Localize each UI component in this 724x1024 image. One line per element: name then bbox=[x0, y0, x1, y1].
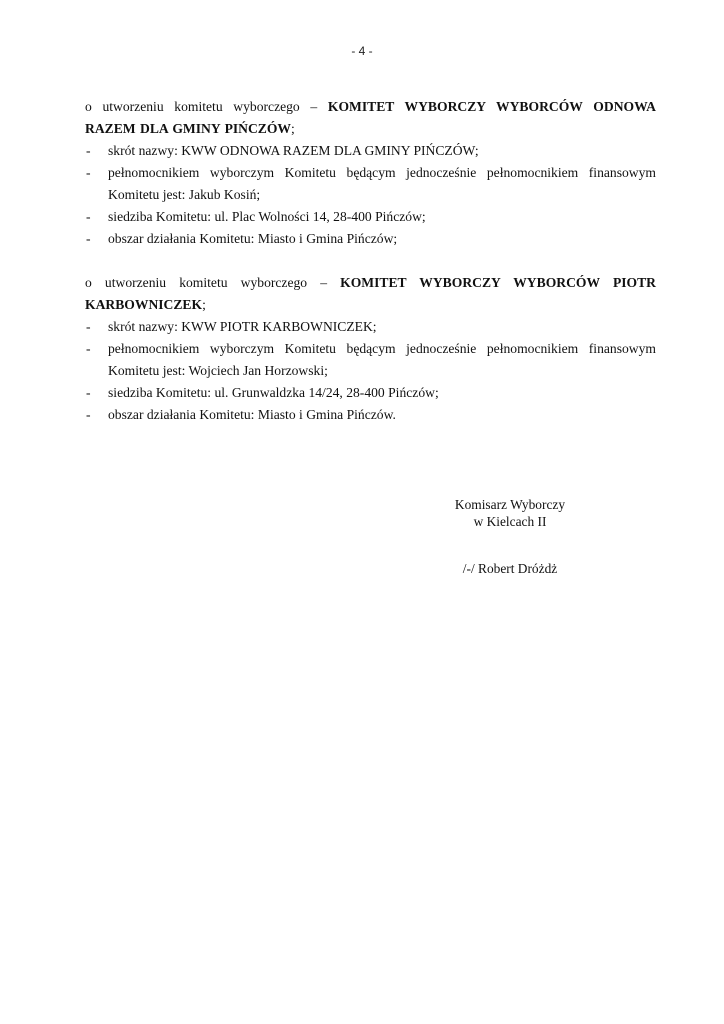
list-item: -pełnomocnikiem wyborczym Komitetu będąc… bbox=[85, 338, 656, 382]
committee-intro: o utworzeniu komitetu wyborczego – KOMIT… bbox=[85, 272, 656, 316]
list-item: -pełnomocnikiem wyborczym Komitetu będąc… bbox=[85, 162, 656, 206]
committee-intro: o utworzeniu komitetu wyborczego – KOMIT… bbox=[85, 96, 656, 140]
dash-bullet: - bbox=[86, 404, 91, 426]
dash-bullet: - bbox=[86, 228, 91, 250]
intro-suffix: ; bbox=[291, 121, 295, 136]
signature-title: Komisarz Wyborczy bbox=[440, 496, 580, 513]
intro-text: o utworzeniu komitetu wyborczego – bbox=[85, 275, 340, 290]
dash-bullet: - bbox=[86, 338, 91, 360]
item-text: skrót nazwy: KWW ODNOWA RAZEM DLA GMINY … bbox=[108, 143, 479, 158]
intro-suffix: ; bbox=[202, 297, 206, 312]
dash-bullet: - bbox=[86, 206, 91, 228]
document-body: o utworzeniu komitetu wyborczego – KOMIT… bbox=[85, 96, 656, 448]
list-item: -obszar działania Komitetu: Miasto i Gmi… bbox=[85, 404, 656, 426]
item-text: obszar działania Komitetu: Miasto i Gmin… bbox=[108, 231, 397, 246]
dash-bullet: - bbox=[86, 316, 91, 338]
signature-office: w Kielcach II bbox=[440, 513, 580, 530]
signature-block: Komisarz Wyborczy w Kielcach II /-/ Robe… bbox=[440, 496, 580, 577]
committee-section-2: o utworzeniu komitetu wyborczego – KOMIT… bbox=[85, 272, 656, 426]
dash-bullet: - bbox=[86, 140, 91, 162]
signature-name: /-/ Robert Dróżdż bbox=[440, 560, 580, 577]
list-item: -siedziba Komitetu: ul. Grunwaldzka 14/2… bbox=[85, 382, 656, 404]
item-text: obszar działania Komitetu: Miasto i Gmin… bbox=[108, 407, 396, 422]
intro-text: o utworzeniu komitetu wyborczego – bbox=[85, 99, 328, 114]
list-item: -skrót nazwy: KWW PIOTR KARBOWNICZEK; bbox=[85, 316, 656, 338]
dash-bullet: - bbox=[86, 162, 91, 184]
item-text: pełnomocnikiem wyborczym Komitetu będący… bbox=[108, 341, 656, 378]
committee-section-1: o utworzeniu komitetu wyborczego – KOMIT… bbox=[85, 96, 656, 250]
page-number: - 4 - bbox=[0, 44, 724, 58]
list-item: -siedziba Komitetu: ul. Plac Wolności 14… bbox=[85, 206, 656, 228]
item-text: skrót nazwy: KWW PIOTR KARBOWNICZEK; bbox=[108, 319, 377, 334]
item-text: pełnomocnikiem wyborczym Komitetu będący… bbox=[108, 165, 656, 202]
item-text: siedziba Komitetu: ul. Grunwaldzka 14/24… bbox=[108, 385, 439, 400]
dash-bullet: - bbox=[86, 382, 91, 404]
list-item: -skrót nazwy: KWW ODNOWA RAZEM DLA GMINY… bbox=[85, 140, 656, 162]
list-item: -obszar działania Komitetu: Miasto i Gmi… bbox=[85, 228, 656, 250]
item-text: siedziba Komitetu: ul. Plac Wolności 14,… bbox=[108, 209, 426, 224]
